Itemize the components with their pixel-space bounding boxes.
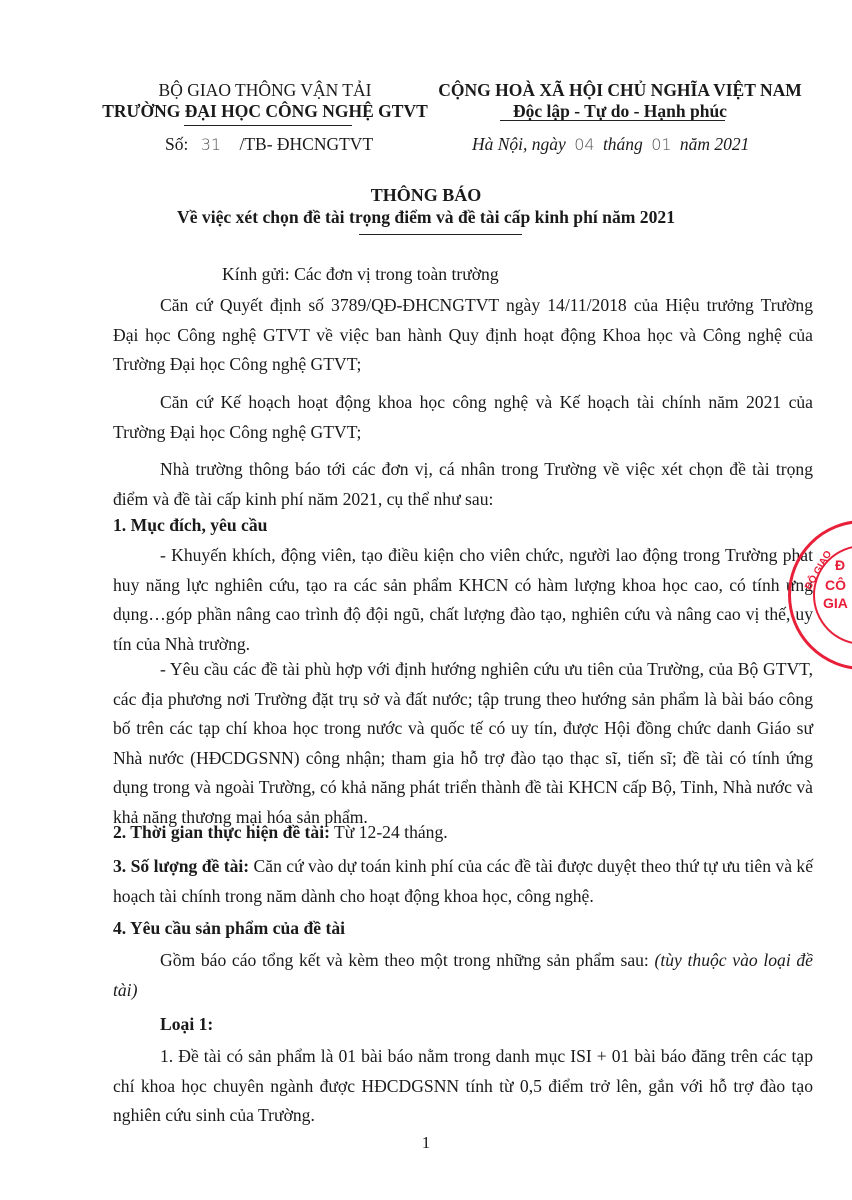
national-motto: Độc lập - Tự do - Hạnh phúc (420, 101, 820, 122)
seal-line-2: CÔ (825, 577, 846, 593)
section-1-item-2: - Yêu cầu các đề tài phù hợp với định hư… (113, 655, 813, 832)
number-label: Số: (165, 134, 188, 154)
section-4-heading: 4. Yêu cầu sản phẩm của đề tài (113, 918, 345, 939)
seal-line-1: Đ (835, 557, 845, 573)
type-1-heading: Loại 1: (160, 1014, 213, 1035)
date-year: năm 2021 (680, 134, 750, 154)
university-underline (184, 125, 352, 126)
university-name: TRƯỜNG ĐẠI HỌC CÔNG NGHỆ GTVT (100, 101, 430, 122)
preamble-paragraph-1: Căn cứ Quyết định số 3789/QĐ-ĐHCNGTVT ng… (113, 291, 813, 380)
document-title: THÔNG BÁO (0, 185, 852, 206)
section-1-item-1: - Khuyến khích, động viên, tạo điều kiện… (113, 541, 813, 659)
document-number: Số: 31 /TB- ĐHCNGTVT (165, 134, 373, 155)
date-prefix: Hà Nội, ngày (472, 134, 566, 154)
country-name: CỘNG HOÀ XÃ HỘI CHỦ NGHĨA VIỆT NAM (420, 80, 820, 101)
type-1-item-1: 1. Đề tài có sản phẩm là 01 bài báo nằm … (113, 1042, 813, 1131)
number-suffix: /TB- ĐHCNGTVT (239, 134, 373, 154)
issue-date: Hà Nội, ngày 04 tháng 01 năm 2021 (472, 134, 749, 155)
number-value: 31 (201, 135, 221, 154)
section-3: 3. Số lượng đề tài: Căn cứ vào dự toán k… (113, 852, 813, 911)
section-2: 2. Thời gian thực hiện đề tài: Từ 12-24 … (113, 822, 448, 843)
section-1-heading: 1. Mục đích, yêu cầu (113, 515, 267, 536)
page-number: 1 (0, 1133, 852, 1153)
document-subtitle: Về việc xét chọn đề tài trọng điểm và đề… (0, 207, 852, 228)
title-underline (359, 234, 522, 235)
section-2-text: Từ 12-24 tháng. (330, 822, 448, 842)
date-month: 01 (651, 135, 671, 154)
preamble-paragraph-3: Nhà trường thông báo tới các đơn vị, cá … (113, 455, 813, 514)
section-4-intro-text: Gồm báo cáo tổng kết và kèm theo một tro… (160, 950, 654, 970)
preamble-paragraph-2: Căn cứ Kế hoạch hoạt động khoa học công … (113, 388, 813, 447)
section-2-heading: 2. Thời gian thực hiện đề tài: (113, 822, 330, 842)
date-day: 04 (574, 135, 594, 154)
date-month-label: tháng (603, 134, 643, 154)
section-3-heading: 3. Số lượng đề tài: (113, 856, 249, 876)
motto-underline (500, 120, 725, 121)
section-4-intro: Gồm báo cáo tổng kết và kèm theo một tro… (113, 946, 813, 1005)
ministry-name: BỘ GIAO THÔNG VẬN TẢI (100, 80, 430, 101)
recipient-line: Kính gửi: Các đơn vị trong toàn trường (222, 264, 499, 285)
seal-line-3: GIA (823, 595, 848, 611)
